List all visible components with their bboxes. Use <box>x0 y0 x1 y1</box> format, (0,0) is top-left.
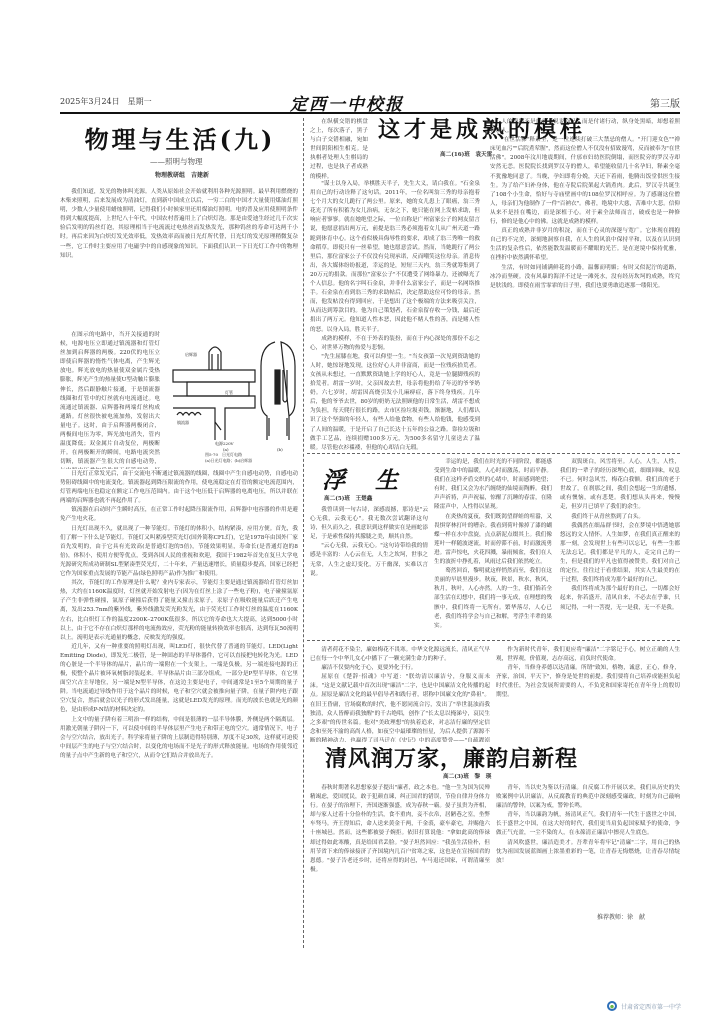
article-title: 物理与生活(九) <box>80 120 280 155</box>
article-body: 幸运的是，我们在时光的不同阶段，都能感受到生命中的温暖，人心时而激荡，时而平静。… <box>434 458 552 636</box>
recommending-teacher: 推荐教师：徐 献 <box>597 912 645 921</box>
fig-b-label: (b) <box>277 447 283 452</box>
paragraph: "谋士以身入局，举棋胜天半子，先生大义，请白我在。"石金泉用自己的行动诠释了这句… <box>310 180 480 335</box>
paragraph: 其次，节能灯的工作原理是什么呢？业内专家表示，节能灯主要是通过镇流器给灯管灯丝加… <box>60 579 298 643</box>
article-subtitle: ——照明与物理 <box>150 156 203 167</box>
article-body: "谋士以身入局，举棋胜天半子，先生大义，请白我在。"石金泉用自己的行动诠释了这句… <box>310 180 480 450</box>
paragraph: "云心无我，云我无心。"这句诗带给我的情感是丰富的：人心云在无，人生之坎坷，世事… <box>310 542 428 578</box>
paragraph: 上文中的量子阱有着三明治一样的结构，中间是很薄的一层半导体膜，外侧是两个隔离层。… <box>60 716 298 761</box>
school-logo-icon <box>607 1001 617 1011</box>
circuit-diagram: 启辉器 灯管 镇流器 电源220V (a) (b) 图5-70 日光灯电路 (a… <box>165 340 305 462</box>
article-body: 我们知道，发光的物体叫光源。人类从原始社会开始就利用各种光源照明。最早利用燃烧的… <box>60 188 298 330</box>
article-title: 浮生 <box>322 462 428 495</box>
newspaper-title: 定西一中校报 <box>290 90 404 115</box>
paragraph: 青年，当以廉韵为帆，扬清风正气。我们青年一代生于盛世之中国，长于盛世之中国，在这… <box>496 811 680 838</box>
paragraph: 蓦然回首，黎明就这样悄然而至，我们在这美丽的早晨里漫步。秋夜，秋景，秋水，秋风，… <box>434 567 552 631</box>
paragraph: 我们终于从青丝熬到了白头。 <box>560 513 680 522</box>
paragraph: 成熟的模样，不在于外表的装扮，而在于内心深处的那份不忘之心，对世界万物的热爱与悲… <box>310 335 480 353</box>
paragraph: 真正的成熟并非岁月的积淀，而在于心灵的深邃与宽广。它体现在拥抱自己的不完美，深刻… <box>490 227 680 263</box>
starter-label: 启辉器 <box>185 352 197 358</box>
paragraph: 青年，当以史为鉴以行清廉。自反腐工作开展以来，我们从历史的失败案例中认识廉洁，从… <box>496 784 680 811</box>
paragraph: 清风吹盛世，廉洁造美才。吾辈青年将牢记"清廉"二字，用自己的热忱为祖国发展蓝图画… <box>496 839 680 866</box>
figure-caption: 图5-70 日光灯电路 (a)日光灯电路；(b)启辉器 <box>205 452 252 464</box>
article-body: 春秋时期著名思想家晏子提出"廉者，政之本也。"他一生为国为民殚精竭虑，爱国忧民，… <box>310 784 490 936</box>
article-title: 清风润万家，廉韵启新程 <box>325 742 578 773</box>
caption-line: (a)日光灯电路；(b)启辉器 <box>205 458 252 464</box>
paragraph: 作为新时代青年，我们更应将"廉洁"二字铭记于心，树立正确的人生观，世界观，价值观… <box>496 646 680 664</box>
article-body: 日光灯正常发光后，由于交流电不断通过镇流器的线圈，线圈中产生自感电动势，自感电动… <box>60 470 298 948</box>
paragraph: 我们知道，发光的物体叫光源。人类从原始社会开始就利用各种光源照明。最早利用燃烧的… <box>60 188 298 261</box>
article-body: 青年，当以史为鉴以行清廉。自反腐工作开展以来，我们从历史的失败案例中认识廉洁，从… <box>496 784 680 908</box>
issue-date: 2025年3月24日 星期一 <box>60 96 152 107</box>
paragraph: 人的成熟不是口头上说说而已，而是付诸行动，纵身处黑暗，却想着照亮别人。 <box>490 118 680 136</box>
paragraph: 日光灯出现不久，就出现了一种节能灯。节能灯的体积小，结构紧凑，应用方便。首先，我… <box>60 525 298 580</box>
newspaper-page: 2025年3月24日 星期一 定西一中校报 第三版 物理与生活(九) ——照明与… <box>60 90 680 950</box>
paragraph: "先生屈膝在地，我可以仰望一生。"当女孩第一次见到资助她的人时，她惊讶地发现，这… <box>310 353 480 450</box>
paragraph: 在纵横交错的棋盘之上，每次落子，黑子与白子交错相融，宛如世间阴阳相生相克。是执棋… <box>310 118 368 180</box>
article-author: 物理教研组 吉建新 <box>155 170 209 179</box>
paragraph: 我偶然在细品群书时，会在梦境中悟透她那悠远的文人情怀。人生如梦，在我们真正醒来的… <box>560 522 680 586</box>
paragraph: 近几年，又有一种重要的照明灯出现，叫LED灯，很快代替了普通的节能灯。LED(L… <box>60 643 298 716</box>
paragraph: 在图示的电路中，当开关接通的时候，电源电压立即通过镇流器和灯管灯丝加到启辉器的两… <box>60 331 160 469</box>
article-body: 清者荷花不染尘，廉如梅花不畏寒。中华文化源远流长，清风正气早已在每一个中华儿女心… <box>310 646 490 742</box>
masthead: 2025年3月24日 星期一 定西一中校报 第三版 <box>60 90 680 114</box>
watermark-text: 甘肃省定西市第一中学 <box>621 1002 681 1011</box>
ballast-label: 镇流器 <box>177 420 189 426</box>
article-author: 高二(16)班 袁天雷 <box>440 150 492 158</box>
article-body: 作为新时代青年，我们更应将"廉洁"二字铭记于心，树立正确的人生观，世界观，价值观… <box>496 646 680 742</box>
paragraph: "在世活佛"释素全，是一位连续打破三大禁忌的僧人。"开门迎女色""禅床见血污""… <box>490 136 680 227</box>
column-divider <box>303 118 304 948</box>
page-number: 第三版 <box>650 95 680 110</box>
article-body: 我曾读到一句古诗，深感震撼，那诗是"云心无我，云我无心"。我无数次尝试翻译这句诗… <box>310 506 428 636</box>
paragraph: 春秋时期著名思想家晏子提出"廉者，政之本也。"他一生为国为民殚精竭虑，爱国忧民，… <box>310 784 490 875</box>
paragraph: 青年，当修身养德以达清廉。所谓"致知，格物，诚意，正心，修身，齐家，治国，平天下… <box>496 664 680 700</box>
article-intro: 在纵横交错的棋盘之上，每次落子，黑子与白子交错相融，宛如世间阴阳相生相克。是执棋… <box>310 118 368 180</box>
article-author: 高二(3)班 黎 瑛 <box>443 772 491 780</box>
paragraph: 幸运的是，我们在时光的不同阶段，都能感受到生命中的温暖，人心时而激荡，时而平静。… <box>434 458 552 513</box>
section-divider <box>307 453 680 454</box>
tube-label: 灯管 <box>225 390 233 396</box>
section-divider <box>307 640 680 641</box>
paragraph: 双鬓斑白，风雪将至。人心，人生，人性，我们的一辈子的经历深埋心底，细细回味，叹息… <box>560 458 680 513</box>
article-body: 在图示的电路中，当开关接通的时候，电源电压立即通过镇流器和灯管灯丝加到启辉器的两… <box>60 331 160 469</box>
article-body: 人的成熟不是口头上说说而已，而是付诸行动，纵身处黑暗，却想着照亮别人。 "在世活… <box>490 118 680 450</box>
article-body: 双鬓斑白，风雪将至。人心，人生，人性，我们的一辈子的经历深埋心底，细细回味，叹息… <box>560 458 680 636</box>
paragraph: 清者荷花不染尘，廉如梅花不畏寒。中华文化源远流长，清风正气早已在每一个中华儿女心… <box>310 646 490 664</box>
paragraph: 日光灯正常发光后，由于交流电不断通过镇流器的线圈，线圈中产生自感电动势，自感电动… <box>60 470 298 506</box>
paragraph: 我曾读到一句古诗，深感震撼，那诗是"云心无我，云我无心"。我无数次尝试翻译这句诗… <box>310 506 428 542</box>
paragraph: 我们终将成为那个最好的自己，一切都会好起来，你若盛开，清风自来，不必去在乎谁，只… <box>560 585 680 612</box>
paragraph: 在炎热的夏夜，我们既渴望群蛙的喧嚣，又畏惧穿林打叶的嘈杂。我看到荷叶像掉了漆的蝴… <box>434 513 552 568</box>
paragraph: 镇流器在启动时产生瞬时高压，在正常工作时起降压限流作用，启辉器中电容器的作用是避… <box>60 506 298 524</box>
paragraph: 廉洁不仅要内化于心，更要外化于行。 <box>310 664 490 673</box>
watermark: 甘肃省定西市第一中学 <box>607 1001 681 1011</box>
article-author: 高二(5)班 王楚鑫 <box>324 494 372 502</box>
paragraph: 生活，有时如同铺满鲜花的小路，温馨而明媚；有时又似泥泞的道路，冰冷而坚硬。没有风… <box>490 264 680 291</box>
paragraph: 屈原在《楚辞·招魂》中写道："朕幼清以廉洁兮，身服义而未沫。"这是文献记载中首次… <box>310 673 490 742</box>
